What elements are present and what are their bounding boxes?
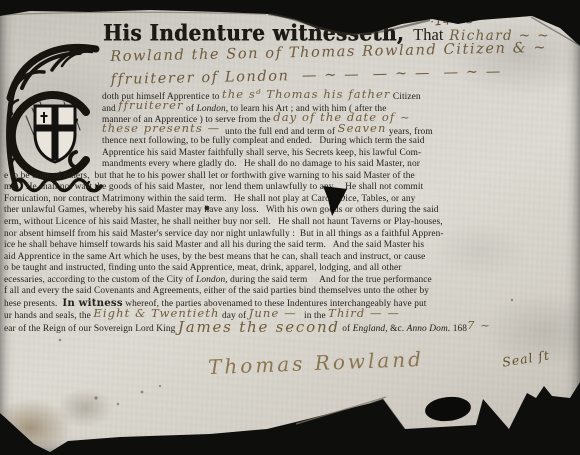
text-line: ther unlawful Games, whereby his said Ma… bbox=[4, 205, 578, 217]
printed-text: England, bbox=[353, 324, 388, 334]
printed-text: London, bbox=[196, 275, 228, 285]
text-line: o be taught and instructed, finding unto… bbox=[4, 263, 578, 275]
printed-text: ice he shall behave himself towards his … bbox=[4, 240, 424, 250]
body-lines: doth put himself Apprentice to the sᵈ Th… bbox=[4, 90, 578, 332]
printed-text: e to be done of others, but that he to h… bbox=[4, 171, 415, 181]
handwritten-text: the sᵈ Thomas his father bbox=[222, 87, 390, 101]
handwritten-text: ffruiterer bbox=[118, 98, 183, 112]
printed-text: aid Apprentice in the same Art which he … bbox=[4, 252, 425, 262]
photograph: His Indenture witnesseth,ThatRichard ~ ~… bbox=[0, 0, 580, 455]
printed-text: Citizen bbox=[390, 92, 420, 102]
text-line: ecessaries, according to the custom of t… bbox=[4, 275, 578, 287]
printed-text: of bbox=[184, 104, 197, 114]
printed-text: me: He shall not wast the goods of his s… bbox=[4, 182, 423, 192]
clerk-mark: Seal ſt bbox=[501, 347, 551, 369]
printed-text: hese presents. bbox=[4, 299, 62, 309]
printed-text: ther unlawful Games, whereby his said Ma… bbox=[4, 205, 439, 215]
parchment-document: His Indenture witnesseth,ThatRichard ~ ~… bbox=[0, 0, 580, 455]
text-line: me: He shall not wast the goods of his s… bbox=[4, 182, 578, 194]
text-line: these presents — unto the full end and t… bbox=[102, 125, 578, 137]
printed-text: o be taught and instructed, finding unto… bbox=[4, 263, 401, 273]
handwritten-intro: Rowland the Son of Thomas Rowland Citize… bbox=[110, 37, 548, 91]
printed-text: &c. bbox=[388, 324, 407, 334]
printed-text: nor absent himself from his said Master'… bbox=[4, 229, 444, 239]
text-line: thence next following, to be fully compl… bbox=[102, 136, 578, 148]
signature: Thomas Rowland bbox=[208, 347, 425, 379]
text-line: ear of the Reign of our Sovereign Lord K… bbox=[4, 321, 578, 333]
printed-text: London, bbox=[197, 104, 229, 114]
text-line: e to be done of others, but that he to h… bbox=[4, 171, 578, 183]
handwritten-text: these presents — bbox=[102, 121, 225, 135]
printed-text: ecessaries, according to the custom of t… bbox=[4, 275, 196, 285]
printed-text: f all and every the said Covenants and A… bbox=[4, 286, 429, 296]
printed-text: during the said term And for the true pe… bbox=[228, 275, 432, 285]
printed-text: ear of the Reign of our Sovereign Lord K… bbox=[4, 324, 178, 334]
handwritten-text: Seaven bbox=[338, 121, 387, 135]
printed-text: of bbox=[340, 324, 353, 334]
printed-text: erm, without Licence of his said Master,… bbox=[4, 217, 443, 227]
handwritten-text: James the second bbox=[178, 318, 340, 336]
text-line: Apprentice his said Master faithfully sh… bbox=[102, 148, 578, 160]
text-line: Fornication, nor contract Matrimony with… bbox=[4, 194, 578, 206]
printed-text: Apprentice his said Master faithfully sh… bbox=[102, 148, 421, 158]
text-line: mandments every where gladly do. He shal… bbox=[102, 159, 578, 171]
handwritten-text: 7 ~ bbox=[467, 318, 491, 332]
text-line: ice he shall behave himself towards his … bbox=[4, 240, 578, 252]
printed-text: and bbox=[102, 104, 118, 114]
printed-text: ur hands and seals, the bbox=[4, 311, 93, 321]
printed-text: Anno Dom. bbox=[407, 324, 451, 334]
printed-text: thence next following, to be fully compl… bbox=[102, 136, 425, 146]
printed-text: Fornication, nor contract Matrimony with… bbox=[4, 194, 415, 204]
printed-text: mandments every where gladly do. He shal… bbox=[102, 159, 420, 169]
text-line: erm, without Licence of his said Master,… bbox=[4, 217, 578, 229]
text-line: nor absent himself from his said Master'… bbox=[4, 229, 578, 241]
printed-text: 168 bbox=[450, 324, 467, 334]
text-line: aid Apprentice in the same Art which he … bbox=[4, 252, 578, 264]
